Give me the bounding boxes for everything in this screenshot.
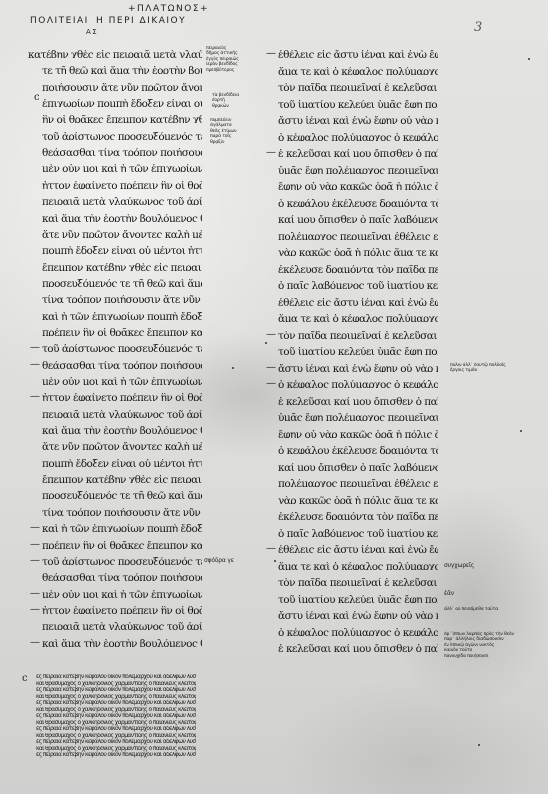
text-line: ἐκέλευσε δραμόντα τὸν παῖδα περιμεῖναί ἑ… <box>278 265 438 273</box>
text-line: θεάσασθαι τίνα τρόπον ποιήσουσιν ἅτε νῦν… <box>42 573 202 581</box>
paragraph-dash: — <box>30 604 40 615</box>
text-line: ἅτε νῦν πρῶτον ἄγοντες καλὴ μὲν οὖν μοι … <box>42 442 202 450</box>
margin-mark: c <box>34 92 40 103</box>
text-line: ὁ παῖς λαβόμενος τοῦ ἱματίου κελεύει ὑμᾶ… <box>278 529 438 537</box>
scholia-line: ἐς πειραιᾶ κατέβην κεφάλου οἶκον πολεμάρ… <box>36 752 196 759</box>
text-line: καὶ ἅμα τὴν ἑορτὴν βουλόμενος θεάσασθαι … <box>42 426 202 434</box>
text-line: μὲν οὖν μοι καὶ ἡ τῶν ἐπιχωρίων πομπὴ ἔδ… <box>42 377 202 385</box>
text-line: μὲν οὖν μοι καὶ ἡ τῶν ἐπιχωρίων πομπὴ ἔδ… <box>42 590 202 598</box>
paragraph-dash: — <box>30 359 40 370</box>
header-line-1: +ΠΛΑΤΩΝΟΣ+ <box>128 4 209 14</box>
text-line: γὰρ κακῶς ὁρᾷ ἡ πόλις ἅμα τε καὶ ὁ κέφαλ… <box>278 496 438 504</box>
text-line: τε τῇ θεῷ καὶ ἅμα τὴν ἑορτὴν βουλόμενος … <box>42 66 202 74</box>
text-line: πρέπειν ἣν οἱ θρᾷκες ἔπεμπον κατέβην χθὲ… <box>42 328 202 336</box>
text-line: ὑμᾶς ἔφη πολέμαρχος περιμεῖναι ἐθέλεις ε… <box>278 166 438 174</box>
text-line: θεάσασθαι τίνα τρόπον ποιήσουσιν ἅτε νῦν… <box>42 361 202 369</box>
text-line: ἔπεμπον κατέβην χθὲς εἰς πειραιᾶ μετὰ γλ… <box>42 263 202 271</box>
text-line: ἐθέλεις εἰς ἄστυ ἰέναι καὶ ἐγὼ ἔφην οὐ γ… <box>278 50 438 58</box>
text-line: ἐκέλευσε δραμόντα τὸν παῖδα περιμεῖναί ἑ… <box>278 512 438 520</box>
text-line: πομπὴ ἔδοξεν εἶναι οὐ μέντοι ἧττον ἐφαίν… <box>42 246 202 254</box>
text-line: τοῦ ἱματίου κελεύει ὑμᾶς ἔφη πολέμαρχος … <box>278 100 438 108</box>
margin-note-2: τὰ βενδίδεια ἑορτὴ θρᾳκῶν <box>212 93 239 109</box>
paragraph-dash: — <box>266 329 276 340</box>
paragraph-dash: — <box>30 391 40 402</box>
text-line: θεάσασθαι τίνα τρόπον ποιήσουσιν ἅτε νῦν… <box>42 148 202 156</box>
text-line: ἑ κελεῦσαι καί μου ὄπισθεν ὁ παῖς λαβόμε… <box>278 644 438 652</box>
text-line: τίνα τρόπον ποιήσουσιν ἅτε νῦν πρῶτον ἄγ… <box>42 508 202 516</box>
text-line: ἧττον ἐφαίνετο πρέπειν ἣν οἱ θρᾷκες ἔπεμ… <box>42 393 202 401</box>
text-line: πειραιᾶ μετὰ γλαύκωνος τοῦ ἀρίστωνος προ… <box>42 410 202 418</box>
text-line: ἔπεμπον κατέβην χθὲς εἰς πειραιᾶ μετὰ γλ… <box>42 475 202 483</box>
text-line: ἑ κελεῦσαι καί μου ὄπισθεν ὁ παῖς λαβόμε… <box>278 149 438 157</box>
text-line: ἐθέλεις εἰς ἄστυ ἰέναι καὶ ἐγὼ ἔφην οὐ γ… <box>278 298 438 306</box>
paragraph-dash: — <box>266 543 276 554</box>
text-line: ἧττον ἐφαίνετο πρέπειν ἣν οἱ θρᾷκες ἔπεμ… <box>42 606 202 614</box>
paragraph-dash: — <box>30 588 40 599</box>
text-line: γὰρ κακῶς ὁρᾷ ἡ πόλις ἅμα τε καὶ ὁ κέφαλ… <box>278 248 438 256</box>
text-line: ὁ κέφαλος πολύμαρχος ὁ κεφάλου ἐκέλευσε … <box>278 133 438 141</box>
text-line: ἐπιχωρίων πομπὴ ἔδοξεν εἶναι οὐ μέντοι ἧ… <box>42 99 202 107</box>
text-line: καί μου ὄπισθεν ὁ παῖς λαβόμενος τοῦ ἱμα… <box>278 463 438 471</box>
text-line: ἅτε νῦν πρῶτον ἄγοντες καλὴ μὲν οὖν μοι … <box>42 230 202 238</box>
text-line: ποιήσουσιν ἅτε νῦν πρῶτον ἄγοντες καλὴ μ… <box>42 83 202 91</box>
text-line: καὶ ἡ τῶν ἐπιχωρίων πομπὴ ἔδοξεν εἶναι ο… <box>42 312 202 320</box>
text-line: ἧττον ἐφαίνετο πρέπειν ἣν οἱ θρᾷκες ἔπεμ… <box>42 181 202 189</box>
text-line: τοῦ ἱματίου κελεύει ὑμᾶς ἔφη πολέμαρχος … <box>278 595 438 603</box>
text-line: καί μου ὄπισθεν ὁ παῖς λαβόμενος τοῦ ἱμα… <box>278 215 438 223</box>
paragraph-dash: — <box>266 378 276 389</box>
paragraph-dash: — <box>266 48 276 59</box>
paragraph-dash: — <box>266 362 276 373</box>
margin-note-a: συγχωρεῖς <box>444 563 474 568</box>
text-line: καὶ ἡ τῶν ἐπιχωρίων πομπὴ ἔδοξεν εἶναι ο… <box>42 524 202 532</box>
margin-note-top: πειραιεὺς δῆμος ἀττικῆς ἐγγὺς πειραιῶς ἱ… <box>206 46 239 73</box>
text-line: ἄστυ ἰέναι καὶ ἐγὼ ἔφην οὐ γὰρ κακῶς ὁρᾷ… <box>278 611 438 619</box>
text-line: ὁ κέφαλος πολύμαρχος ὁ κεφάλου ἐκέλευσε … <box>278 628 438 636</box>
paragraph-dash: — <box>266 147 276 158</box>
text-line: πρέπειν ἣν οἱ θρᾷκες ἔπεμπον κατέβην χθὲ… <box>42 541 202 549</box>
text-line: πειραιᾶ μετὰ γλαύκωνος τοῦ ἀρίστωνος προ… <box>42 622 202 630</box>
text-line: ἣν οἱ θρᾷκες ἔπεμπον κατέβην χθὲς εἰς πε… <box>42 115 202 123</box>
scholia-block: ἐς πειραιᾶ κατέβην κεφάλου οἶκον πολεμάρ… <box>36 674 196 759</box>
text-line: ἔφην οὐ γὰρ κακῶς ὁρᾷ ἡ πόλις ἅμα τε καὶ… <box>278 430 438 438</box>
text-line: τίνα τρόπον ποιήσουσιν ἅτε νῦν πρῶτον ἄγ… <box>42 295 202 303</box>
text-line: τοῦ ἀρίστωνος προσευξόμενός τε τῇ θεῷ κα… <box>42 344 202 352</box>
text-line: ὑμᾶς ἔφη πολέμαρχος περιμεῖναι ἐθέλεις ε… <box>278 413 438 421</box>
text-line: ὁ παῖς λαβόμενος τοῦ ἱματίου κελεύει ὑμᾶ… <box>278 281 438 289</box>
text-line: πολέμαρχος περιμεῖναι ἐθέλεις εἰς ἄστυ ἰ… <box>278 232 438 240</box>
text-line: προσευξόμενός τε τῇ θεῷ καὶ ἅμα τὴν ἑορτ… <box>42 491 202 499</box>
margin-mark: c <box>22 673 28 684</box>
text-line: ἄστυ ἰέναι καὶ ἐγὼ ἔφην οὐ γὰρ κακῶς ὁρᾷ… <box>278 364 438 372</box>
text-line: ἐθέλεις εἰς ἄστυ ἰέναι καὶ ἐγὼ ἔφην οὐ γ… <box>278 545 438 553</box>
text-line: τὸν παῖδα περιμεῖναί ἑ κελεῦσαι καί μου … <box>278 331 438 339</box>
manuscript-page: +ΠΛΑΤΩΝΟΣ+ ΠΟΛΙΤΕΙΑΙ Η ΠΕΡΙ ΔΙΚΑΙΟΥ ΑΣ 3… <box>0 0 548 794</box>
text-line: τοῦ ἀρίστωνος προσευξόμενός τε τῇ θεῷ κα… <box>42 132 202 140</box>
paragraph-dash: — <box>30 539 40 550</box>
text-line: ὁ κεφάλου ἐκέλευσε δραμόντα τὸν παῖδα πε… <box>278 446 438 454</box>
paragraph-dash: — <box>30 637 40 648</box>
text-line: ἑ κελεῦσαι καί μου ὄπισθεν ὁ παῖς λαβόμε… <box>278 397 438 405</box>
text-line: ὁ κέφαλος πολύμαρχος ὁ κεφάλου ἐκέλευσε … <box>278 380 438 388</box>
margin-note-mid: πολιν ἀλλ᾽ ἑαυτῷ πολλοῖς ἔργοις τιμᾶν <box>450 363 506 374</box>
text-line: καὶ ἅμα τὴν ἑορτὴν βουλόμενος θεάσασθαι … <box>42 214 202 222</box>
text-line: καὶ ἅμα τὴν ἑορτὴν βουλόμενος θεάσασθαι … <box>42 639 202 647</box>
text-line: μὲν οὖν μοι καὶ ἡ τῶν ἐπιχωρίων πομπὴ ἔδ… <box>42 164 202 172</box>
margin-note-b: ἐᾶν <box>444 591 454 596</box>
text-line: ὁ κεφάλου ἐκέλευσε δραμόντα τὸν παῖδα πε… <box>278 199 438 207</box>
header-line-2-left: ΠΟΛΙΤΕΙΑΙ <box>30 16 89 26</box>
text-line: τοῦ ἱματίου κελεύει ὑμᾶς ἔφη πολέμαρχος … <box>278 347 438 355</box>
text-line: ἔφην οὐ γὰρ κακῶς ὁρᾷ ἡ πόλις ἅμα τε καὶ… <box>278 182 438 190</box>
text-line: πολέμαρχος περιμεῖναι ἐθέλεις εἰς ἄστυ ἰ… <box>278 479 438 487</box>
paragraph-dash: — <box>30 342 40 353</box>
text-line: πειραιᾶ μετὰ γλαύκωνος τοῦ ἀρίστωνος προ… <box>42 197 202 205</box>
text-line: κατέβην χθὲς εἰς πειραιᾶ μετὰ γλαύκωνος … <box>28 50 202 58</box>
margin-note-lower: σφόδρα γε <box>204 558 234 563</box>
text-line: πομπὴ ἔδοξεν εἶναι οὐ μέντοι ἧττον ἐφαίν… <box>42 459 202 467</box>
text-line: προσευξόμενός τε τῇ θεῷ καὶ ἅμα τὴν ἑορτ… <box>42 279 202 287</box>
text-line: τοῦ ἀρίστωνος προσευξόμενός τε τῇ θεῷ κα… <box>42 557 202 565</box>
text-line: ἄστυ ἰέναι καὶ ἐγὼ ἔφην οὐ γὰρ κακῶς ὁρᾷ… <box>278 116 438 124</box>
text-line: ἅμα τε καὶ ὁ κέφαλος πολύμαρχος ὁ κεφάλο… <box>278 562 438 570</box>
margin-note-c: ἀλλ᾽ οὐ πεισόμεθα ταῦτα <box>444 607 498 612</box>
folio-number: 3 <box>474 20 482 35</box>
margin-note-d: ἐφ᾽ ἵππων λαμπὰς πρὸς τὴν θεὸν παρ᾽ ἀλλή… <box>444 632 514 659</box>
paragraph-dash: — <box>30 522 40 533</box>
paragraph-dash: — <box>30 555 40 566</box>
text-line: τὸν παῖδα περιμεῖναί ἑ κελεῦσαι καί μου … <box>278 578 438 586</box>
header-line-3: ΑΣ <box>86 28 98 36</box>
header-line-2-right: Η ΠΕΡΙ ΔΙΚΑΙΟΥ <box>96 16 186 26</box>
text-line: τὸν παῖδα περιμεῖναί ἑ κελεῦσαι καί μου … <box>278 83 438 91</box>
margin-note-3: πομπεύειν ἀγάλματα θεᾶς ἐτίμων παρὰ τοῖς… <box>210 118 236 145</box>
text-line: ἅμα τε καὶ ὁ κέφαλος πολύμαρχος ὁ κεφάλο… <box>278 67 438 75</box>
text-line: ἅμα τε καὶ ὁ κέφαλος πολύμαρχος ὁ κεφάλο… <box>278 314 438 322</box>
